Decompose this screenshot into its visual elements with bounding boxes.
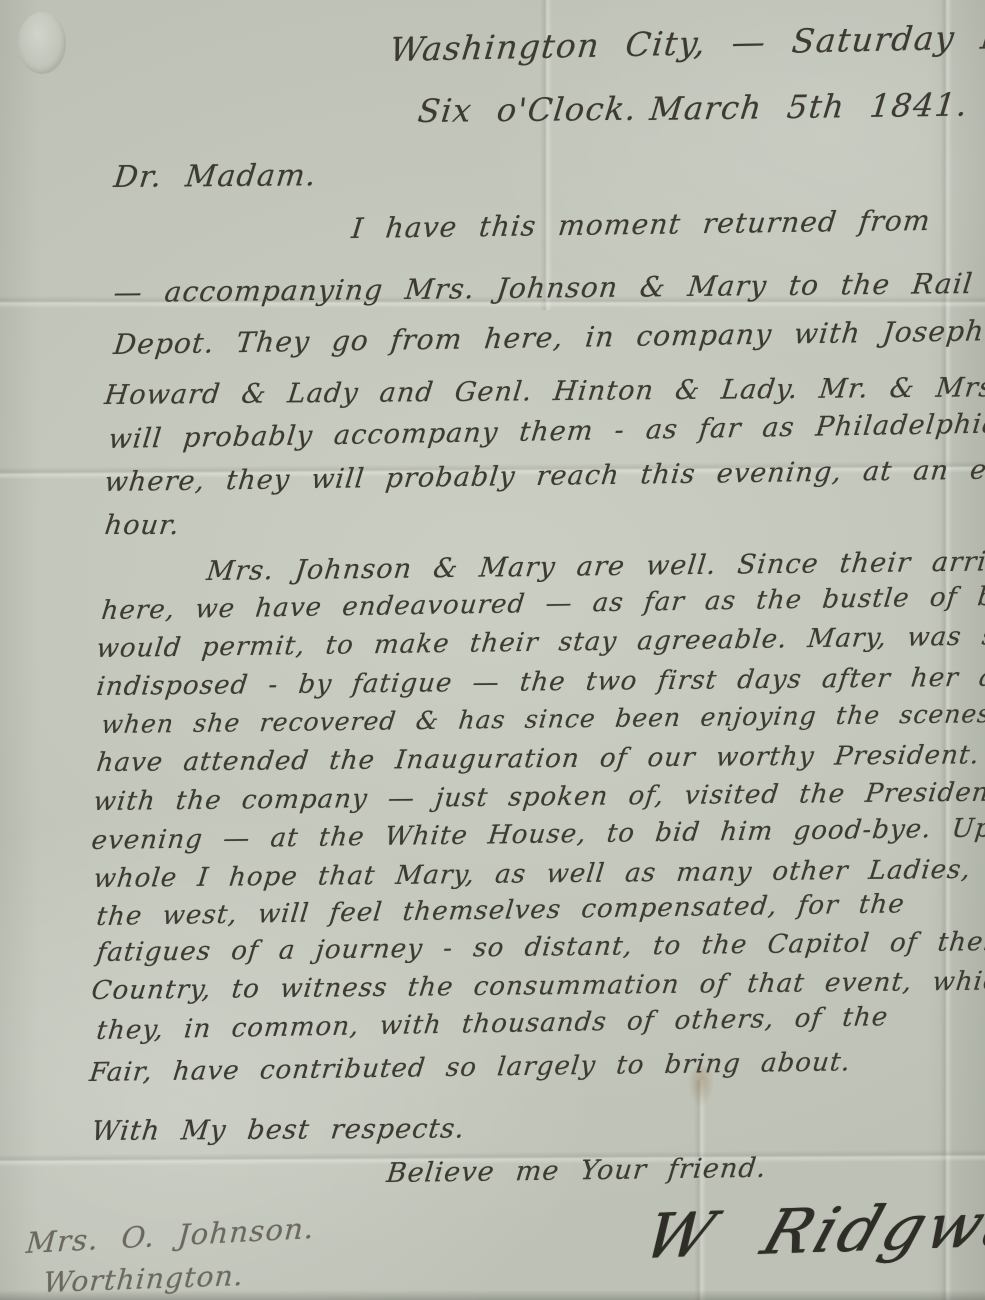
paragraph2-line-2: here, we have endeavoured — as far as th… [100, 580, 985, 626]
paragraph2-line-1: Mrs. Johnson & Mary are well. Since thei… [205, 546, 985, 587]
paragraph2-line-15: With My best respects. [90, 1113, 467, 1147]
paragraph2-line-6: have attended the Inauguration of our wo… [95, 740, 985, 778]
paragraph2-line-8: evening — at the White House, to bid him… [90, 812, 985, 856]
paragraph2-line-7: with the company — just spoken of, visit… [92, 777, 985, 817]
header-place-date-line: Washington City, — Saturday Mourning [388, 14, 985, 69]
signature: W Ridgway [635, 1186, 985, 1273]
paragraph2-line-10: the west, will feel themselves compensat… [95, 889, 906, 932]
addressee-place: Worthington. [42, 1259, 245, 1299]
closing: Believe me Your friend. [385, 1153, 768, 1189]
paragraph2-line-13: they, in common, with thousands of other… [95, 1002, 890, 1046]
paragraph1-line-1: I have this moment returned from [350, 204, 933, 245]
paragraph1-line-3: Depot. They go from here, in company wit… [112, 314, 985, 361]
paragraph1-line-5: will probably accompany them - as far as… [107, 408, 985, 455]
paragraph2-line-3: would permit, to make their stay agreeab… [95, 621, 985, 664]
paper-emboss-mark [18, 12, 66, 74]
salutation: Dr. Madam. [112, 158, 319, 195]
paragraph1-line-6: where, they will probably reach this eve… [103, 454, 985, 498]
paragraph2-line-4: indisposed - by fatigue — the two first … [95, 662, 985, 702]
addressee-name: Mrs. O. Johnson. [25, 1211, 316, 1260]
paragraph2-line-9: whole I hope that Mary, as well as many … [92, 854, 985, 894]
paragraph2-line-5: when she recovered & has since been enjo… [100, 698, 985, 739]
paragraph2-line-14: Fair, have contributed so largely to bri… [88, 1047, 852, 1088]
paragraph1-line-7: hour. [103, 510, 182, 541]
paragraph2-line-12: Country, to witness the consummation of … [90, 966, 985, 1006]
paragraph2-line-11: fatigues of a journey - so distant, to t… [95, 927, 985, 968]
header-time: Six o'Clock. [416, 90, 639, 130]
paragraph1-line-4: Howard & Lady and Genl. Hinton & Lady. M… [103, 371, 985, 411]
paragraph1-line-2: — accompanying Mrs. Johnson & Mary to th… [112, 266, 985, 309]
scanned-letter-page: Washington City, — Saturday Mourning Six… [0, 0, 985, 1300]
header-date: March 5th 1841. [648, 86, 970, 128]
